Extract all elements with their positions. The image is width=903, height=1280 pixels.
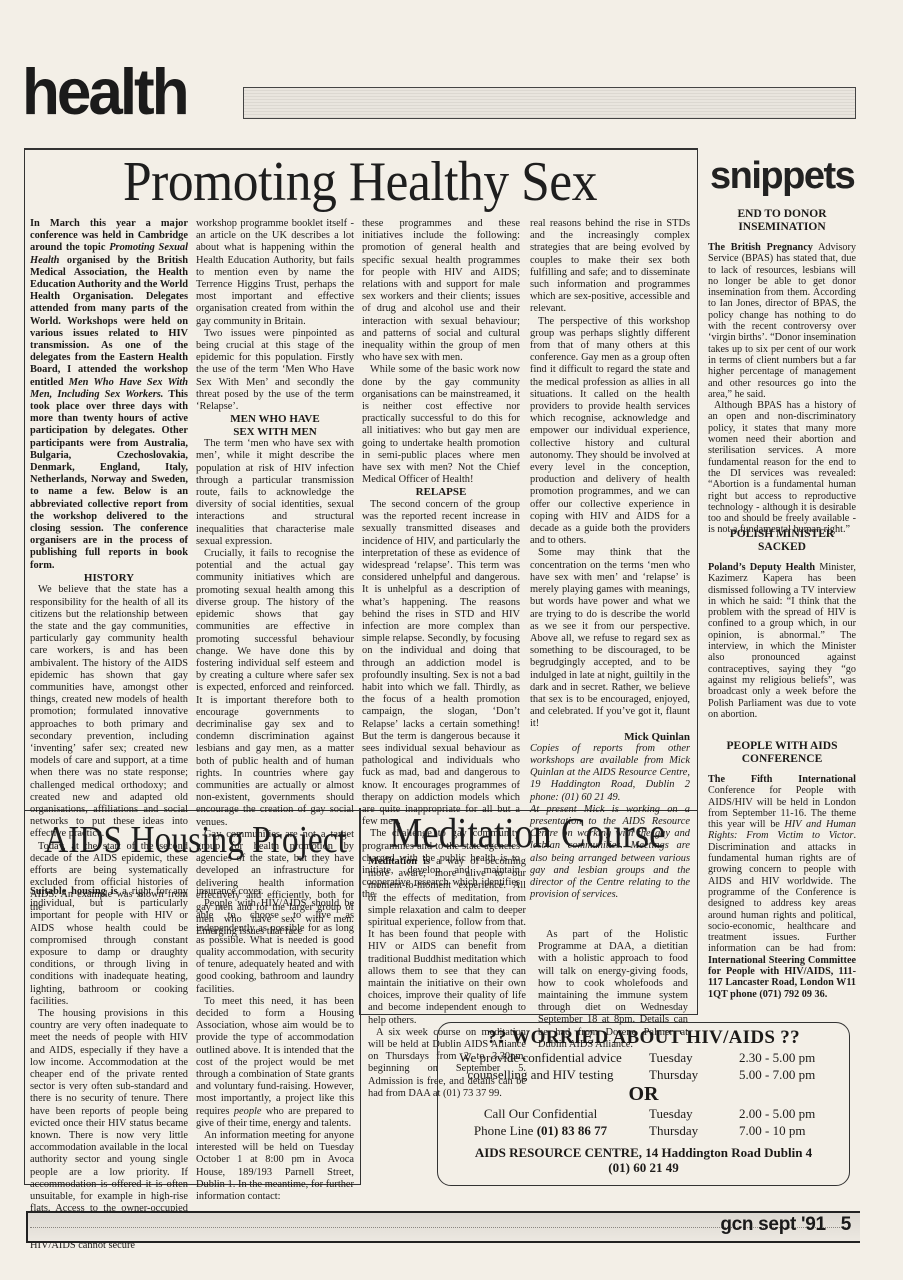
paragraph: real reasons behind the rise in STDs and… xyxy=(530,218,690,316)
page-number: 5 xyxy=(841,1214,851,1235)
paragraph: The term ‘men who have sex with men’, wh… xyxy=(196,438,354,548)
main-article-title: Promoting Healthy Sex xyxy=(51,150,669,214)
snippet-heading: PEOPLE WITH AIDS CONFERENCE xyxy=(708,740,856,766)
advert-address: AIDS RESOURCE CENTRE, 14 Haddington Road… xyxy=(438,1145,849,1160)
page-footer: gcn sept '91 5 xyxy=(720,1211,851,1239)
intro-text-2: organised by the British Medical Associa… xyxy=(30,255,188,388)
advert-service: Phone Line xyxy=(474,1123,534,1138)
advert-day: Thursday xyxy=(643,1122,739,1139)
advert-service: counselling and HIV testing xyxy=(438,1066,643,1083)
housing-text: To meet this need, it has been decided t… xyxy=(196,996,354,1117)
subheading-men-who-have: MEN WHO HAVE xyxy=(196,413,354,426)
advert-service: We provide confidential advice xyxy=(438,1049,643,1066)
advert-time: 2.00 - 5.00 pm xyxy=(739,1105,849,1122)
paragraph: insurance cover. xyxy=(196,886,354,898)
advert-service: Call Our Confidential xyxy=(438,1105,643,1122)
article-column-3: these programmes and these initiatives i… xyxy=(362,218,520,902)
paragraph: People with HIV/AIDS should be able to c… xyxy=(196,898,354,996)
housing-title: AIDS Housing Project xyxy=(44,818,339,862)
subheading-sex-with-men: SEX WITH MEN xyxy=(196,426,354,439)
advert-row: Phone Line (01) 83 86 77 Thursday 7.00 -… xyxy=(438,1122,849,1139)
snippet-paragraph: Although BPAS has a history of an open a… xyxy=(708,400,856,536)
paragraph: We believe that the state has a responsi… xyxy=(30,584,188,840)
subheading-history: HISTORY xyxy=(30,572,188,585)
advert-time: 5.00 - 7.00 pm xyxy=(739,1066,849,1083)
snippet-contact: International Steering Committee for Peo… xyxy=(708,955,856,1000)
advert-day: Tuesday xyxy=(643,1105,739,1122)
advert-phone-line: Phone Line (01) 83 86 77 xyxy=(438,1122,643,1139)
paragraph: these programmes and these initiatives i… xyxy=(362,218,520,364)
advert-phone: (01) 83 86 77 xyxy=(537,1123,607,1138)
snippet-polish-minister: POLISH MINISTER SACKED Poland’s Deputy H… xyxy=(708,528,856,720)
intro-paragraph: In March this year a major conference wa… xyxy=(30,218,188,572)
advert-time: 7.00 - 10 pm xyxy=(739,1122,849,1139)
snippet-lead: The British Pregnancy xyxy=(708,242,813,253)
snippet-pwa-conference: PEOPLE WITH AIDS CONFERENCE The Fifth In… xyxy=(708,740,856,1000)
hiv-aids-advert: ?? WORRIED ABOUT HIV/AIDS ?? We provide … xyxy=(437,1022,850,1186)
paragraph: Suitable housing is a right for any indi… xyxy=(30,886,188,1008)
meditation-title: Meditation Course xyxy=(379,812,676,856)
paragraph: The perspective of this workshop group w… xyxy=(530,316,690,548)
advert-phone-number: (01) 60 21 49 xyxy=(438,1160,849,1175)
snippet-lead: Poland’s Deputy Health xyxy=(708,562,815,573)
housing-column-2: insurance cover. People with HIV/AIDS sh… xyxy=(196,886,354,1225)
snippet-text: Minister, Kazimerz Kapera has been dismi… xyxy=(708,562,856,720)
housing-italic: people xyxy=(234,1106,262,1117)
author-signature: Mick Quinlan xyxy=(530,731,690,743)
paragraph: Crucially, it fails to recognise the pot… xyxy=(196,548,354,829)
section-title: health xyxy=(22,56,187,130)
paragraph: An information meeting for anyone intere… xyxy=(196,1130,354,1203)
advert-row: We provide confidential advice Tuesday 2… xyxy=(438,1049,849,1066)
paragraph: Meditation is a way of becoming more awa… xyxy=(368,856,526,1027)
intro-text-3: This took place over three days with mor… xyxy=(30,389,188,571)
paragraph: Two issues were pinpointed as being cruc… xyxy=(196,328,354,413)
advert-title: ?? WORRIED ABOUT HIV/AIDS ?? xyxy=(438,1027,849,1049)
reports-note: Copies of reports from other workshops a… xyxy=(530,743,690,804)
meditation-lead: Meditation is xyxy=(368,856,430,867)
snippet-lead: The Fifth International xyxy=(708,774,856,785)
snippet-text: Advisory Service (BPAS) has stated that,… xyxy=(708,242,856,400)
publication-date: gcn sept '91 xyxy=(720,1214,825,1235)
advert-or: OR xyxy=(438,1083,849,1105)
advert-row: Call Our Confidential Tuesday 2.00 - 5.0… xyxy=(438,1105,849,1122)
snippet-heading: END TO DONOR INSEMINATION xyxy=(708,208,856,234)
paragraph: Some may think that the concentration on… xyxy=(530,547,690,730)
masthead-bar xyxy=(243,87,856,119)
meditation-text: a way of becoming more aware, more alive… xyxy=(368,856,526,1026)
snippet-heading: POLISH MINISTER SACKED xyxy=(708,528,856,554)
housing-lead: Suitable housing is xyxy=(30,886,118,897)
snippets-title: snippets xyxy=(710,155,854,198)
paragraph: The second concern of the group was the … xyxy=(362,499,520,828)
paragraph: workshop programme booklet itself - an a… xyxy=(196,218,354,328)
advert-day: Thursday xyxy=(643,1066,739,1083)
snippet-paragraph: Poland’s Deputy Health Minister, Kazimer… xyxy=(708,562,856,720)
housing-column-1: Suitable housing is a right for any indi… xyxy=(30,886,188,1252)
snippet-paragraph: The British Pregnancy Advisory Service (… xyxy=(708,242,856,400)
snippet-paragraph: The Fifth International Conference for P… xyxy=(708,774,856,1000)
advert-time: 2.30 - 5.00 pm xyxy=(739,1049,849,1066)
snippet-text: . Discrimination and attacks in fundamen… xyxy=(708,830,856,954)
snippet-donor-insemination: END TO DONOR INSEMINATION The British Pr… xyxy=(708,208,856,536)
article-column-4: real reasons behind the rise in STDs and… xyxy=(530,218,690,901)
advert-day: Tuesday xyxy=(643,1049,739,1066)
subheading-relapse: RELAPSE xyxy=(362,486,520,499)
advert-row: counselling and HIV testing Thursday 5.0… xyxy=(438,1066,849,1083)
housing-text: a right for any individual, but is parti… xyxy=(30,886,188,1007)
paragraph: While some of the basic work now done by… xyxy=(362,364,520,486)
paragraph: To meet this need, it has been decided t… xyxy=(196,996,354,1130)
